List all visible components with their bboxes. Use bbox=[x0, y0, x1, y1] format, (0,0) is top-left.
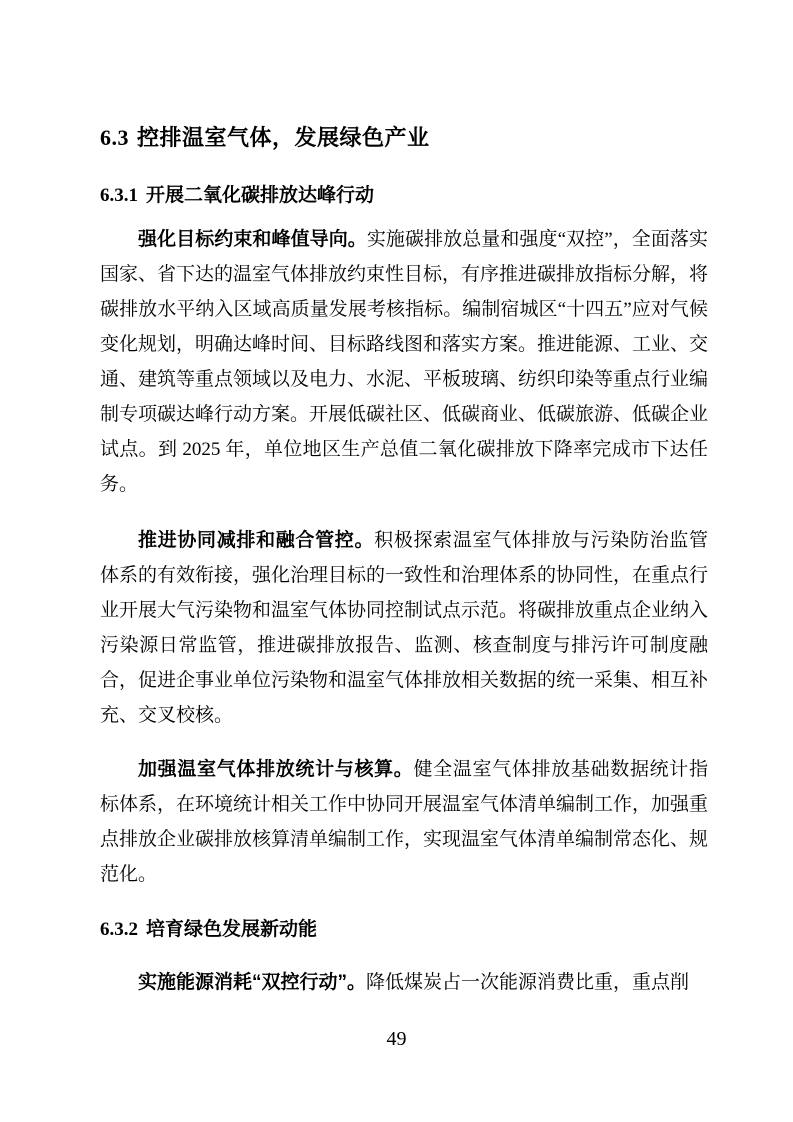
section-heading-6-3: 6.3控排温室气体，发展绿色产业 bbox=[100, 122, 708, 153]
subsection-heading-6-3-1: 6.3.1开展二氧化碳排放达峰行动 bbox=[100, 182, 708, 209]
subsection-title: 开展二氧化碳排放达峰行动 bbox=[146, 185, 374, 206]
section-number: 6.3 bbox=[100, 125, 129, 150]
paragraph-body: 实施碳排放总量和强度“双控”，全面落实国家、省下达的温室气体排放约束性目标，有序… bbox=[100, 229, 708, 495]
subsection-number: 6.3.1 bbox=[100, 185, 138, 206]
page-number: 49 bbox=[0, 1026, 793, 1052]
paragraph-lead: 强化目标约束和峰值导向。 bbox=[138, 229, 367, 250]
paragraph-body: 积极探索温室气体排放与污染防治监管体系的有效衔接，强化治理目标的一致性和治理体系… bbox=[100, 530, 708, 726]
paragraph-lead: 实施能源消耗“双控行动”。 bbox=[138, 972, 366, 993]
paragraph-body: 降低煤炭占一次能源消费比重，重点削 bbox=[366, 972, 689, 993]
document-page: 6.3控排温室气体，发展绿色产业 6.3.1开展二氧化碳排放达峰行动 强化目标约… bbox=[0, 0, 793, 1122]
section-title: 控排温室气体，发展绿色产业 bbox=[137, 125, 430, 150]
subsection-title: 培育绿色发展新动能 bbox=[146, 919, 317, 940]
subsection-heading-6-3-2: 6.3.2培育绿色发展新动能 bbox=[100, 916, 708, 943]
page-content: 6.3控排温室气体，发展绿色产业 6.3.1开展二氧化碳排放达峰行动 强化目标约… bbox=[100, 122, 708, 1000]
paragraph-strengthen-targets: 强化目标约束和峰值导向。实施碳排放总量和强度“双控”，全面落实国家、省下达的温室… bbox=[100, 222, 708, 502]
paragraph-coordinated-reduction: 推进协同减排和融合管控。积极探索温室气体排放与污染防治监管体系的有效衔接，强化治… bbox=[100, 523, 708, 733]
paragraph-energy-dual-control: 实施能源消耗“双控行动”。降低煤炭占一次能源消费比重，重点削 bbox=[100, 965, 708, 1000]
paragraph-lead: 推进协同减排和融合管控。 bbox=[138, 530, 374, 551]
paragraph-lead: 加强温室气体排放统计与核算。 bbox=[138, 759, 414, 780]
subsection-number: 6.3.2 bbox=[100, 919, 138, 940]
paragraph-ghg-statistics: 加强温室气体排放统计与核算。健全温室气体排放基础数据统计指标体系，在环境统计相关… bbox=[100, 752, 708, 892]
